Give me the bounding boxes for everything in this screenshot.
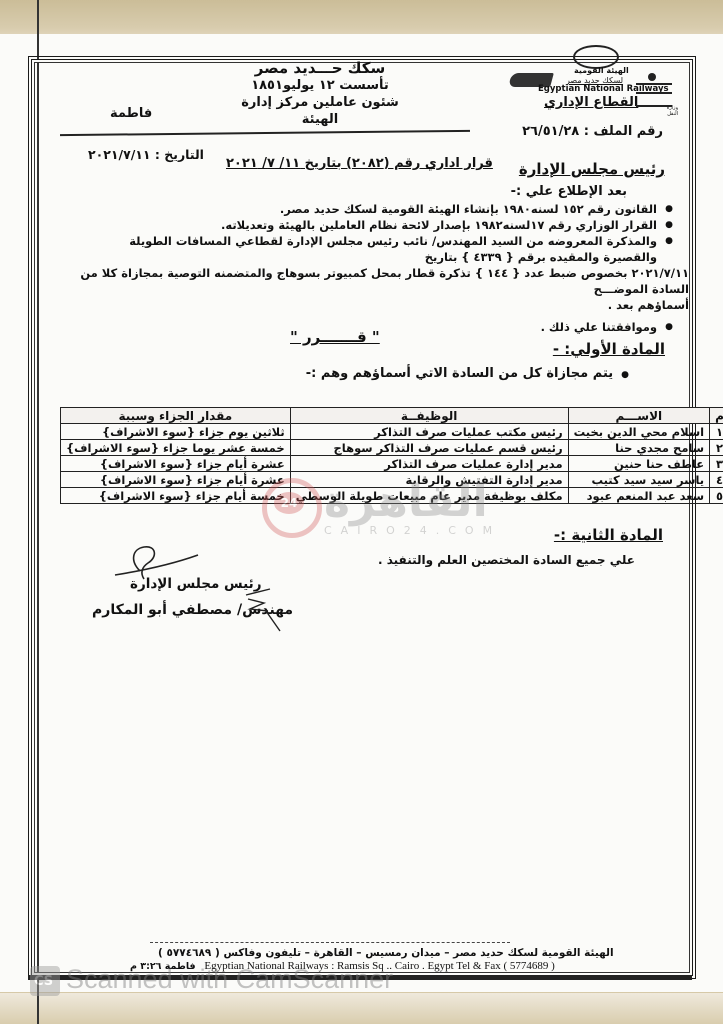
row-number: ٢ [710,440,723,456]
preamble-item: القانون رقم ١٥٢ لسنه١٩٨٠ بإنشاء الهيئة ا… [73,201,673,217]
founded-date: تأسست ١٢ يوليو١٨٥١ [230,77,410,94]
employee-name: سعد عبد المنعم عبود [568,488,710,504]
article2-text: علي جميع السادة المختصين العلم والتنفيذ … [378,553,635,567]
watermark-domain: CAIRO24.COM [324,524,501,537]
letterhead-center: سكك حـــديد مصر تأسست ١٢ يوليو١٨٥١ شئون … [230,60,410,128]
article1-text: يتم مجازاة كل من السادة الاتي أسماؤهم وه… [306,366,629,381]
preamble-item: القرار الوزاري رقم ١٧لسنه١٩٨٢ بإصدار لائ… [73,217,673,233]
table-row: ٢ سامح مجدي حنا رئيس قسم عمليات صرف التذ… [61,440,723,456]
employee-name: ياسر سيد سيد كتيب [568,472,710,488]
col-header-penalty: مقدار الجزاء وسببة [61,408,291,424]
preamble-list: القانون رقم ١٥٢ لسنه١٩٨٠ بإنشاء الهيئة ا… [73,201,673,335]
row-number: ٥ [710,488,723,504]
document-date: التاريخ : ٢٠٢١/٧/١١ [88,147,204,162]
penalty: خمسة عشر يوما جزاء {سوء الاشراف} [61,440,291,456]
footer-address-arabic: الهيئة القومية لسكك حديد مصر – ميدان رمس… [158,947,614,959]
row-number: ٤ [710,472,723,488]
department-name: شئون عاملين مركز إدارة الهيئة [230,94,410,128]
employee-job: رئيس قسم عمليات صرف التذاكر سوهاج [290,440,568,456]
employee-name: سامح مجدي حنا [568,440,710,456]
logo-arabic-line1: الهيئة القومية [574,66,629,75]
watermark-text: القاهرة [324,476,488,527]
railway-logo: الهيئة القومية لسكك حديد مصر Egyptian Na… [508,45,678,115]
penalty: خمسة أيام جزاء {سوء الاشراف} [61,488,291,504]
employee-name: عاطف حنا حنين [568,456,710,472]
col-header-job: الوظيفــة [290,408,568,424]
issuer-heading: رئيس مجلس الإدارة [519,160,665,178]
penalty: عشرة أيام جزاء {سوء الاشراف} [61,472,291,488]
sun-icon [648,73,656,81]
document-page: سكك حـــديد مصر تأسست ١٢ يوليو١٨٥١ شئون … [0,0,723,1024]
penalty: ثلاثين يوم جزاء {سوء الاشراف} [61,424,291,440]
preamble-item: والمذكرة المعروضه من السيد المهندس/ نائب… [73,233,673,265]
watermark-badge: 24 [274,492,304,514]
table-row: ٣ عاطف حنا حنين مدير إدارة عمليات صرف ال… [61,456,723,472]
camscanner-icon: CS [30,966,60,996]
row-number: ١ [710,424,723,440]
col-header-number: م [710,408,723,424]
penalty: عشرة أيام جزاء {سوء الاشراف} [61,456,291,472]
employee-job: رئيس مكتب عمليات صرف التذاكر [290,424,568,440]
article1-title: المادة الأولي: - [553,340,665,358]
article2-title: المادة الثانية :- [554,526,663,544]
preamble-item-continuation: أسماؤهم بعد . [73,297,689,313]
logo-sector: القطاع الإداري [544,95,638,110]
wave-icon [636,83,672,107]
employee-name: اسلام محي الدين بخيت [568,424,710,440]
col-header-name: الاســـم [568,408,710,424]
file-number: رقم الملف : ٢٦/٥١/٢٨ [522,124,663,139]
row-number: ٣ [710,456,723,472]
clerk-name: فاطمة [110,106,152,121]
employee-job: مدير إدارة عمليات صرف التذاكر [290,456,568,472]
after-review-label: بعد الإطلاع علي :- [511,184,627,199]
preamble-item-continuation: ٢٠٢١/٧/١١ بخصوص ضبط عدد { ١٤٤ } تذكرة قط… [73,265,689,297]
ministry-label: وزارة النقل [658,105,678,117]
footer-divider [150,942,510,943]
initials-mark-icon [240,585,285,635]
table-header-row: م الاســـم الوظيفــة مقدار الجزاء وسببة [61,408,723,424]
decision-heading: " قـــــــرر " [290,328,380,346]
org-name: سكك حـــديد مصر [230,60,410,77]
table-row: ١ اسلام محي الدين بخيت رئيس مكتب عمليات … [61,424,723,440]
camscanner-text: Scanned with CamScanner [66,964,393,995]
decision-title: قرار اداري رقم (٢٠٨٢) بتاريخ ١١/ ٧/ ٢٠٢١ [226,156,493,171]
